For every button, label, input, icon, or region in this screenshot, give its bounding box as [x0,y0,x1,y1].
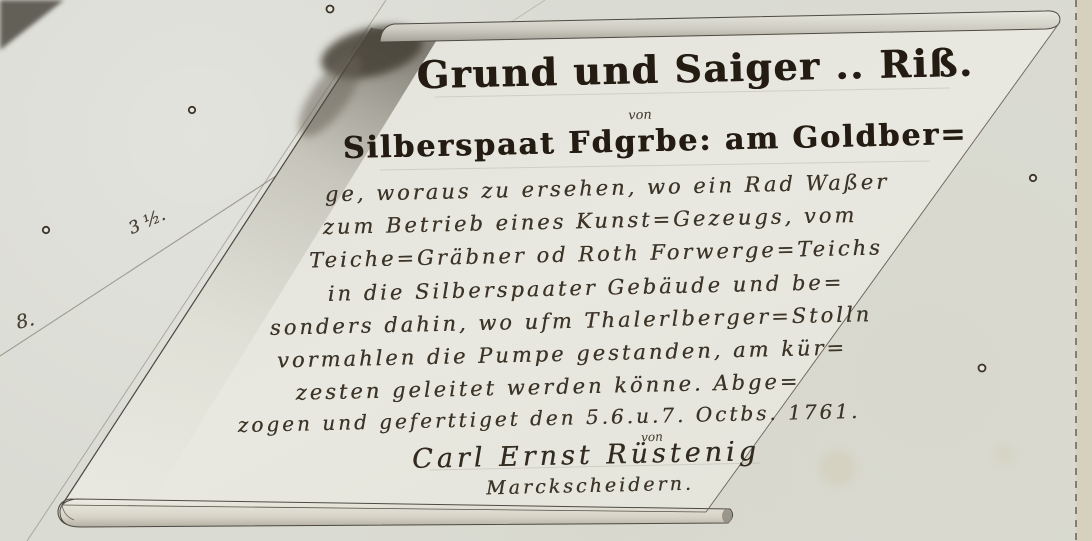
scroll-cartouche-graphic [0,0,1092,541]
scroll-face [62,18,1062,512]
scan-corner-shadow [0,0,64,50]
page-edge-strip [1076,0,1092,541]
scanned-map-page: Grund und Saiger .. Riß. von Silberspaat… [0,0,1092,541]
